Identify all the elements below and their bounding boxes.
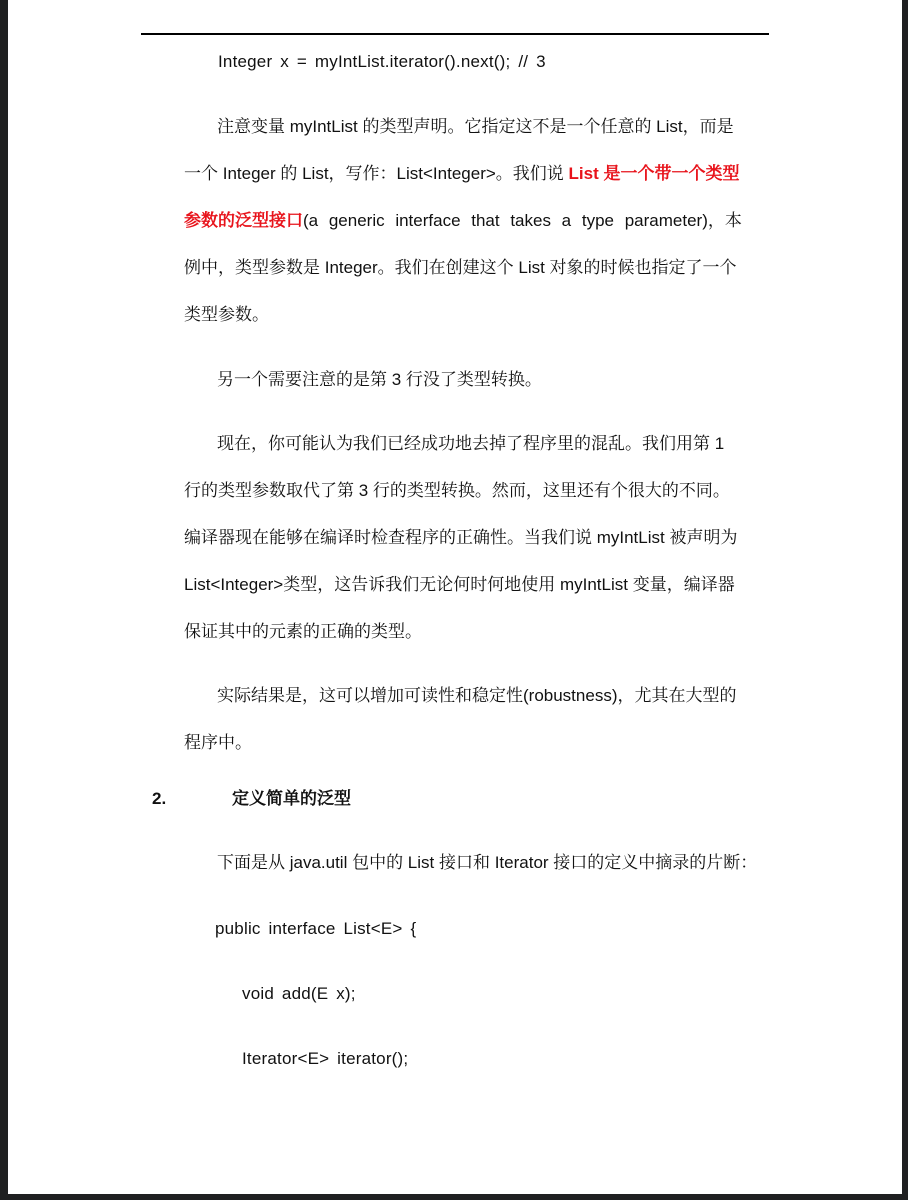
para1-line5: 类型参数。 xyxy=(184,305,269,325)
highlight-text: 参数的泛型接口 xyxy=(184,211,303,230)
code-line-2: void add(E x); xyxy=(242,984,356,1004)
section-number: 2. xyxy=(152,789,166,809)
code-line-1: public interface List<E> { xyxy=(215,919,416,939)
section-title: 定义简单的泛型 xyxy=(232,789,351,809)
para1-line4: 例中，类型参数是 Integer。我们在创建这个 List 对象的时候也指定了一… xyxy=(184,258,737,278)
para4-line2: 程序中。 xyxy=(184,733,252,753)
document-page: Integer x = myIntList.iterator().next();… xyxy=(8,0,902,1194)
para1-line2-text: 一个 Integer 的 List，写作：List<Integer>。我们说 xyxy=(184,164,569,183)
para4-line1: 实际结果是，这可以增加可读性和稳定性(robustness)，尤其在大型的 xyxy=(217,686,736,706)
code-line-3: Iterator<E> iterator(); xyxy=(242,1049,408,1069)
para2: 另一个需要注意的是第 3 行没了类型转换。 xyxy=(217,370,542,390)
para1-line3-text: (a generic interface that takes a type p… xyxy=(303,211,742,230)
para1-line2: 一个 Integer 的 List，写作：List<Integer>。我们说 L… xyxy=(184,164,739,184)
para3-line2: 行的类型参数取代了第 3 行的类型转换。然而，这里还有个很大的不同。 xyxy=(184,481,730,501)
highlight-text: List 是一个带一个类型 xyxy=(569,164,740,183)
para1-line1: 注意变量 myIntList 的类型声明。它指定这不是一个任意的 List，而是 xyxy=(217,117,734,137)
header-rule xyxy=(141,33,769,35)
para1-line3: 参数的泛型接口(a generic interface that takes a… xyxy=(184,211,742,231)
para3-line3: 编译器现在能够在编译时检查程序的正确性。当我们说 myIntList 被声明为 xyxy=(184,528,737,548)
para3-line5: 保证其中的元素的正确的类型。 xyxy=(184,622,422,642)
code-line-top: Integer x = myIntList.iterator().next();… xyxy=(218,52,546,72)
para5: 下面是从 java.util 包中的 List 接口和 Iterator 接口的… xyxy=(217,853,757,873)
para3-line4: List<Integer>类型，这告诉我们无论何时何地使用 myIntList … xyxy=(184,575,735,595)
para3-line1: 现在，你可能认为我们已经成功地去掉了程序里的混乱。我们用第 1 xyxy=(217,434,724,454)
